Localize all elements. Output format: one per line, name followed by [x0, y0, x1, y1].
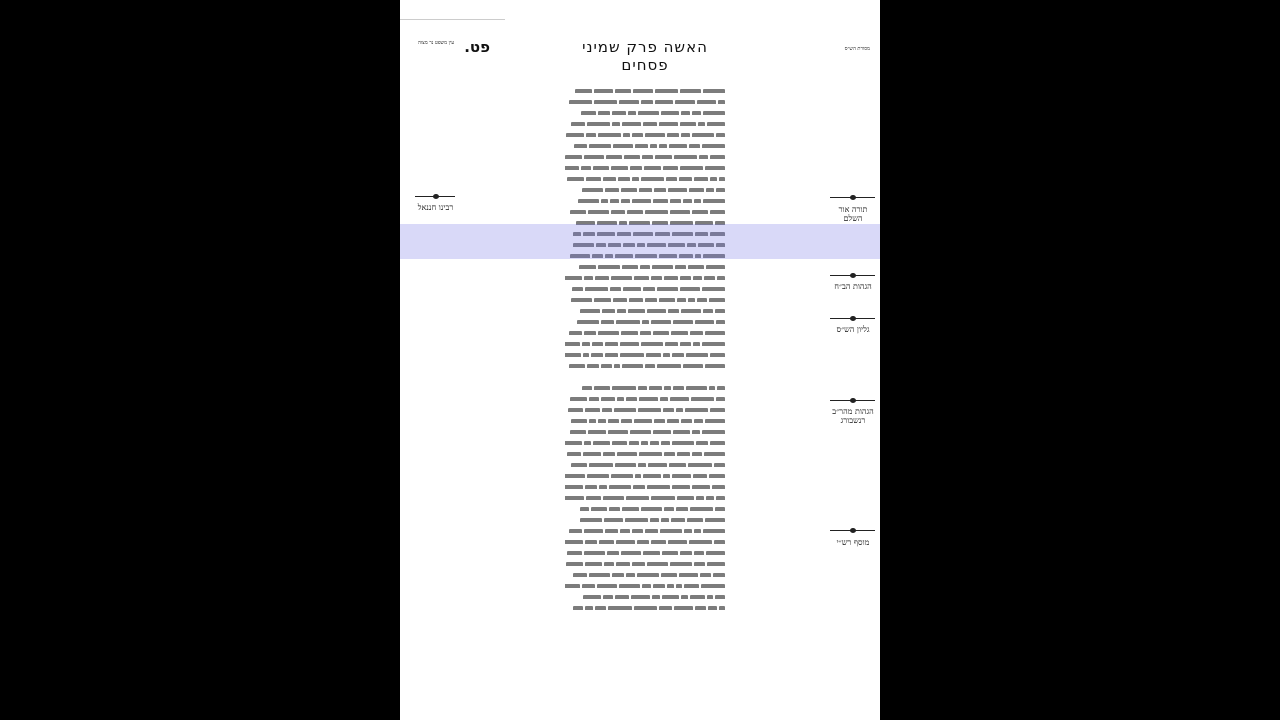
folio-number: פט.	[460, 38, 490, 56]
section-divider	[830, 275, 875, 276]
hagahot-habach-heading: הגהות הב״ח	[828, 282, 878, 291]
section-divider	[830, 400, 875, 401]
gemara-column	[565, 82, 725, 610]
hagahot-maharav-heading: הגהות מהר״ב רנשבורג	[828, 407, 878, 425]
section-divider	[415, 196, 455, 197]
ein-mishpat-header: עין משפט נר מצוה	[416, 40, 456, 47]
page-title: האשה פרק שמיני פסחים	[560, 38, 730, 74]
section-divider	[830, 318, 875, 319]
rashi-column	[462, 58, 562, 656]
masoret-hashas-header: מסורת הש״ס	[825, 46, 870, 52]
section-divider	[830, 530, 875, 531]
rabbeinu-chananel-heading: רבינו חננאל	[412, 203, 459, 212]
masoret-column	[828, 58, 878, 701]
torah-or-heading: תורה אור השלם	[828, 205, 878, 223]
bottom-commentary	[462, 660, 822, 710]
gilyon-hashas-heading: גליון הש״ס	[828, 325, 878, 334]
talmud-page: עין משפט נר מצוה פט. האשה פרק שמיני פסחי…	[400, 0, 880, 720]
ein-mishpat-column	[412, 58, 459, 673]
section-divider	[830, 197, 875, 198]
top-rule	[400, 19, 505, 20]
tosafot-column	[728, 58, 823, 656]
musaf-rashi-heading: מוסף רש״י	[828, 538, 878, 547]
